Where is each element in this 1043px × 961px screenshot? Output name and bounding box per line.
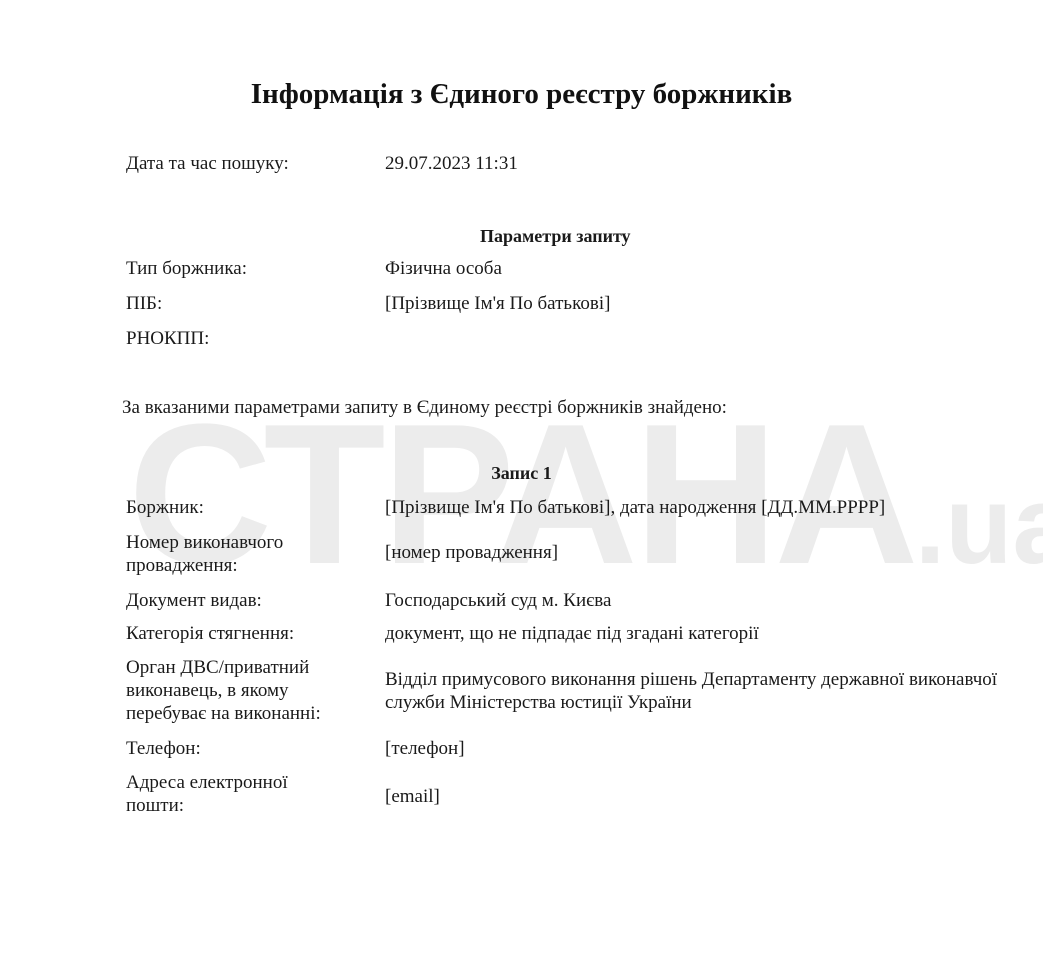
record-field-value: документ, що не підпадає під згадані кат… [385, 622, 1025, 645]
record-field-value: Господарський суд м. Києва [385, 589, 1025, 612]
search-datetime-label: Дата та час пошуку: [126, 152, 376, 175]
query-params-heading: Параметри запиту [480, 226, 631, 247]
record-field-value: Відділ примусового виконання рішень Депа… [385, 668, 1025, 714]
record-field-label: Документ видав: [126, 589, 376, 612]
record-heading: Запис 1 [0, 463, 1043, 484]
record-field-label: Категорія стягнення: [126, 622, 376, 645]
record-field-value: [Прізвище Ім'я По батькові], дата народж… [385, 496, 1025, 519]
record-field-value: [email] [385, 785, 1025, 808]
search-datetime-value: 29.07.2023 11:31 [385, 152, 1025, 175]
record-field-label: Боржник: [126, 496, 376, 519]
query-field-label: Тип боржника: [126, 257, 376, 280]
results-intro: За вказаними параметрами запиту в Єдином… [122, 397, 727, 419]
record-field-value: [номер провадження] [385, 541, 1025, 564]
record-field-label: Орган ДВС/приватний виконавець, в якому … [126, 656, 366, 725]
query-field-label: ПІБ: [126, 292, 376, 315]
query-field-value: Фізична особа [385, 257, 1025, 280]
record-field-label: Номер виконавчого провадження: [126, 531, 346, 577]
record-field-value: [телефон] [385, 737, 1025, 760]
page-title: Інформація з Єдиного реєстру боржників [0, 78, 1043, 111]
record-field-label: Адреса електронної пошти: [126, 771, 346, 817]
query-field-value: [Прізвище Ім'я По батькові] [385, 292, 1025, 315]
record-field-label: Телефон: [126, 737, 376, 760]
query-field-label: РНОКПП: [126, 327, 376, 350]
